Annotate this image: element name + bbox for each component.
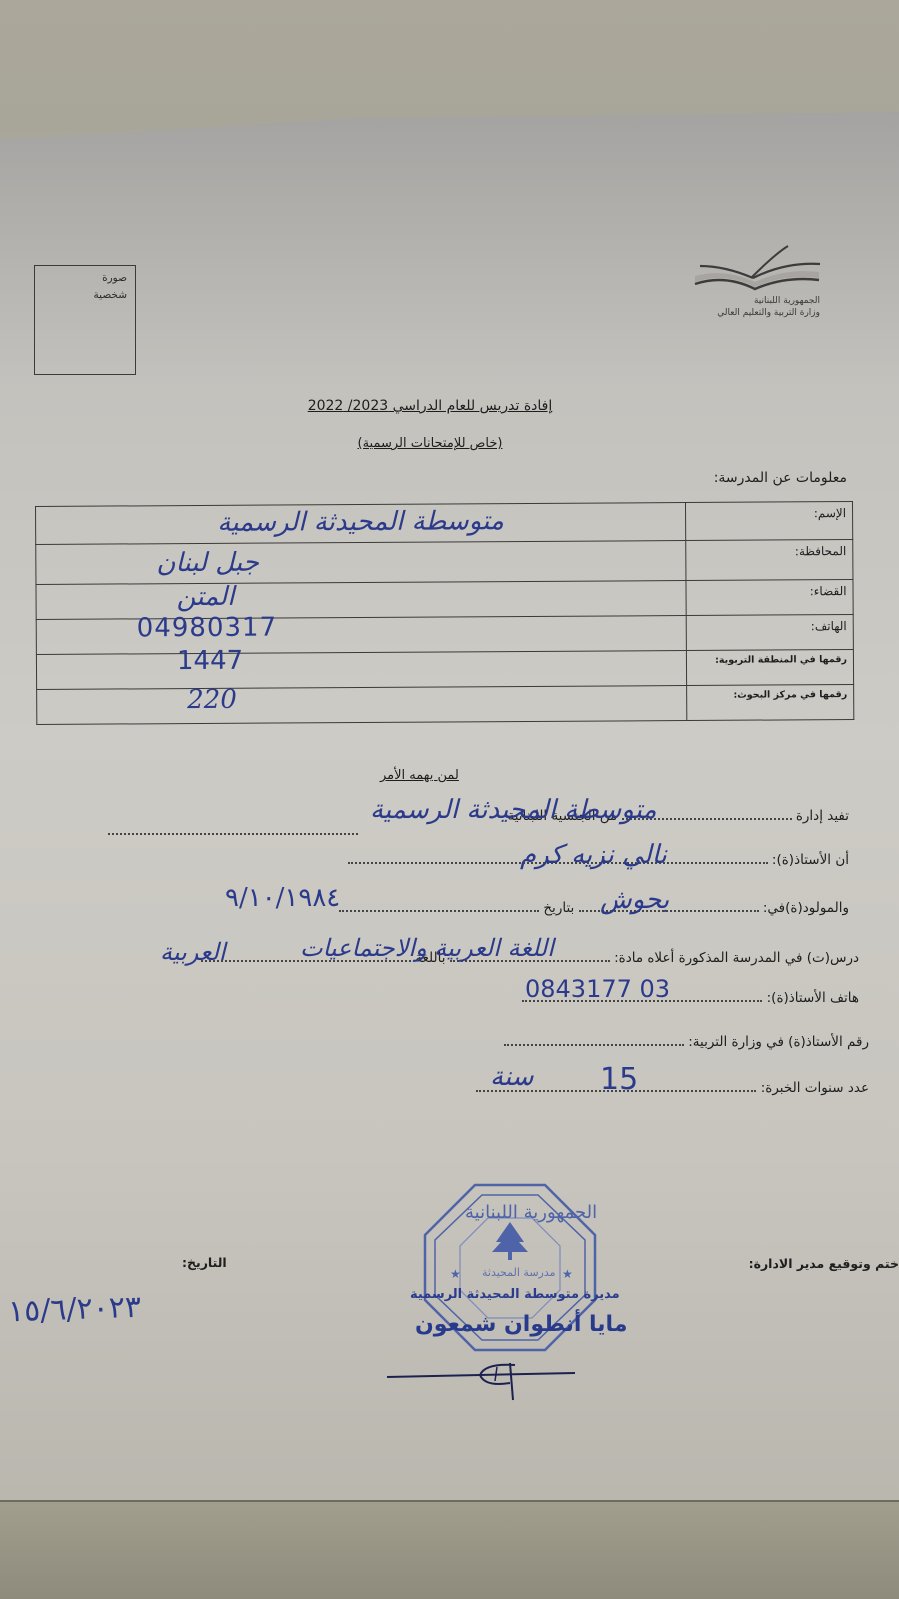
row-value-cell: 04980317 bbox=[36, 616, 686, 655]
background-surface-bottom bbox=[0, 1498, 899, 1599]
table-row: المحافظة: جبل لبنان bbox=[36, 540, 853, 585]
photo-label-line2: شخصية bbox=[67, 287, 127, 304]
line-birthplace-date: والمولود(ة)في: بتاريخ bbox=[339, 900, 849, 916]
row-label-district: القضاء: bbox=[686, 580, 853, 616]
dotted-field bbox=[108, 823, 358, 835]
experience-unit-value: سنة bbox=[490, 1062, 534, 1092]
stamp-center-text: مدرسة المحيدثة bbox=[482, 1266, 556, 1279]
row-value-cell: متوسطة المحيدثة الرسمية bbox=[36, 503, 686, 545]
row-label-governorate: المحافظة: bbox=[686, 540, 853, 581]
school-name-value: متوسطة المحيدثة الرسمية bbox=[36, 505, 685, 539]
table-row: الهاتف: 04980317 bbox=[36, 615, 853, 655]
table-row: رقمها في مركز البحوث: 220 bbox=[37, 685, 854, 725]
line-experience-years: عدد سنوات الخبرة: bbox=[476, 1080, 869, 1096]
ministry-number-field bbox=[504, 1034, 684, 1046]
row-label-name: الإسم: bbox=[685, 502, 852, 541]
school-phone-value: 04980317 bbox=[137, 613, 278, 644]
teaching-language-value: العربية bbox=[160, 938, 226, 966]
photo-label-line1: صورة bbox=[67, 270, 127, 287]
director-title: مديرة متوسطة المحيدثة الرسمية bbox=[410, 1287, 620, 1302]
governorate-value: جبل لبنان bbox=[156, 548, 259, 579]
date-value: ١٥/٦/٢٠٢٣ bbox=[7, 1290, 141, 1330]
cedar-tree-icon bbox=[492, 1222, 528, 1260]
birthdate-value: ٩/١٠/١٩٨٤ bbox=[225, 883, 340, 913]
row-value-cell: جبل لبنان bbox=[36, 541, 686, 585]
official-stamp: ★ ★ الجمهورية اللبنانية مدرسة المحيدثة م… bbox=[420, 1180, 600, 1365]
background-surface-top bbox=[0, 0, 899, 130]
subject-value: اللغة العربية والاجتماعيات bbox=[300, 934, 554, 962]
teacher-name-value: نالي نزيه كرم bbox=[520, 840, 667, 870]
document-subtitle: (خاص للإمتحانات الرسمية) bbox=[200, 436, 660, 451]
experience-years-value: 15 bbox=[600, 1062, 638, 1097]
table-row: الإسم: متوسطة المحيدثة الرسمية bbox=[36, 502, 853, 545]
birthplace-value: بحوش bbox=[600, 885, 669, 915]
line-ministry-number: رقم الأستاذ(ة) في وزارة التربية: bbox=[504, 1034, 869, 1050]
personal-photo-box: صورة شخصية bbox=[34, 265, 136, 375]
line3-prefix: والمولود(ة)في: bbox=[763, 900, 849, 916]
line1-prefix: تفيد إدارة bbox=[796, 808, 849, 824]
open-book-quill-icon bbox=[685, 244, 825, 299]
svg-text:★: ★ bbox=[562, 1267, 573, 1281]
stamp-ring-text: الجمهورية اللبنانية bbox=[465, 1202, 597, 1223]
row-value-cell: 1447 bbox=[36, 651, 686, 690]
row-value-cell: المتن bbox=[36, 581, 686, 620]
svg-text:★: ★ bbox=[450, 1267, 461, 1281]
research-center-number-value: 220 bbox=[187, 685, 237, 715]
line4-prefix: درس(ت) في المدرسة المذكورة أعلاه مادة: bbox=[614, 950, 859, 966]
date-label: التاريخ: bbox=[182, 1255, 227, 1270]
ministry-line2: وزارة التربية والتعليم العالي bbox=[670, 308, 820, 319]
to-whom-heading: لمن يهمه الأمر bbox=[380, 768, 459, 783]
school-info-table: الإسم: متوسطة المحيدثة الرسمية المحافظة:… bbox=[35, 501, 854, 725]
row-label-edu-zone-number: رقمها في المنطقة التربوية: bbox=[686, 650, 853, 686]
ministry-line1: الجمهورية اللبنانية bbox=[670, 296, 820, 307]
edu-zone-number-value: 1447 bbox=[177, 646, 243, 676]
ministry-logo: الجمهورية اللبنانية وزارة التربية والتعل… bbox=[680, 244, 830, 329]
admin-school-value: متوسطة المحيدثة الرسمية bbox=[370, 795, 657, 825]
line3-mid: بتاريخ bbox=[543, 900, 574, 916]
dotted-field bbox=[339, 900, 539, 912]
row-value-cell: 220 bbox=[37, 686, 687, 725]
line5-prefix: هاتف الأستاذ(ة): bbox=[767, 990, 859, 1006]
director-signature bbox=[385, 1355, 585, 1405]
row-label-phone: الهاتف: bbox=[686, 615, 853, 651]
school-info-heading: معلومات عن المدرسة: bbox=[714, 470, 847, 486]
line7-prefix: عدد سنوات الخبرة: bbox=[761, 1080, 869, 1096]
table-row: رقمها في المنطقة التربوية: 1447 bbox=[36, 650, 853, 690]
line6-prefix: رقم الأستاذ(ة) في وزارة التربية: bbox=[688, 1034, 869, 1050]
stamp-signature-label: ختم وتوقيع مدير الادارة: bbox=[749, 1256, 899, 1271]
district-value: المتن bbox=[176, 582, 234, 612]
teacher-phone-value: 03 0843177 bbox=[525, 975, 670, 1003]
director-name: مايا أنطوان شمعون bbox=[415, 1312, 627, 1337]
document-title: إفادة تدريس للعام الدراسي 2023/ 2022 bbox=[200, 398, 660, 414]
row-label-research-center-number: رقمها في مركز البحوث: bbox=[687, 685, 854, 721]
line2-prefix: أن الأستاذ(ة): bbox=[772, 852, 849, 868]
